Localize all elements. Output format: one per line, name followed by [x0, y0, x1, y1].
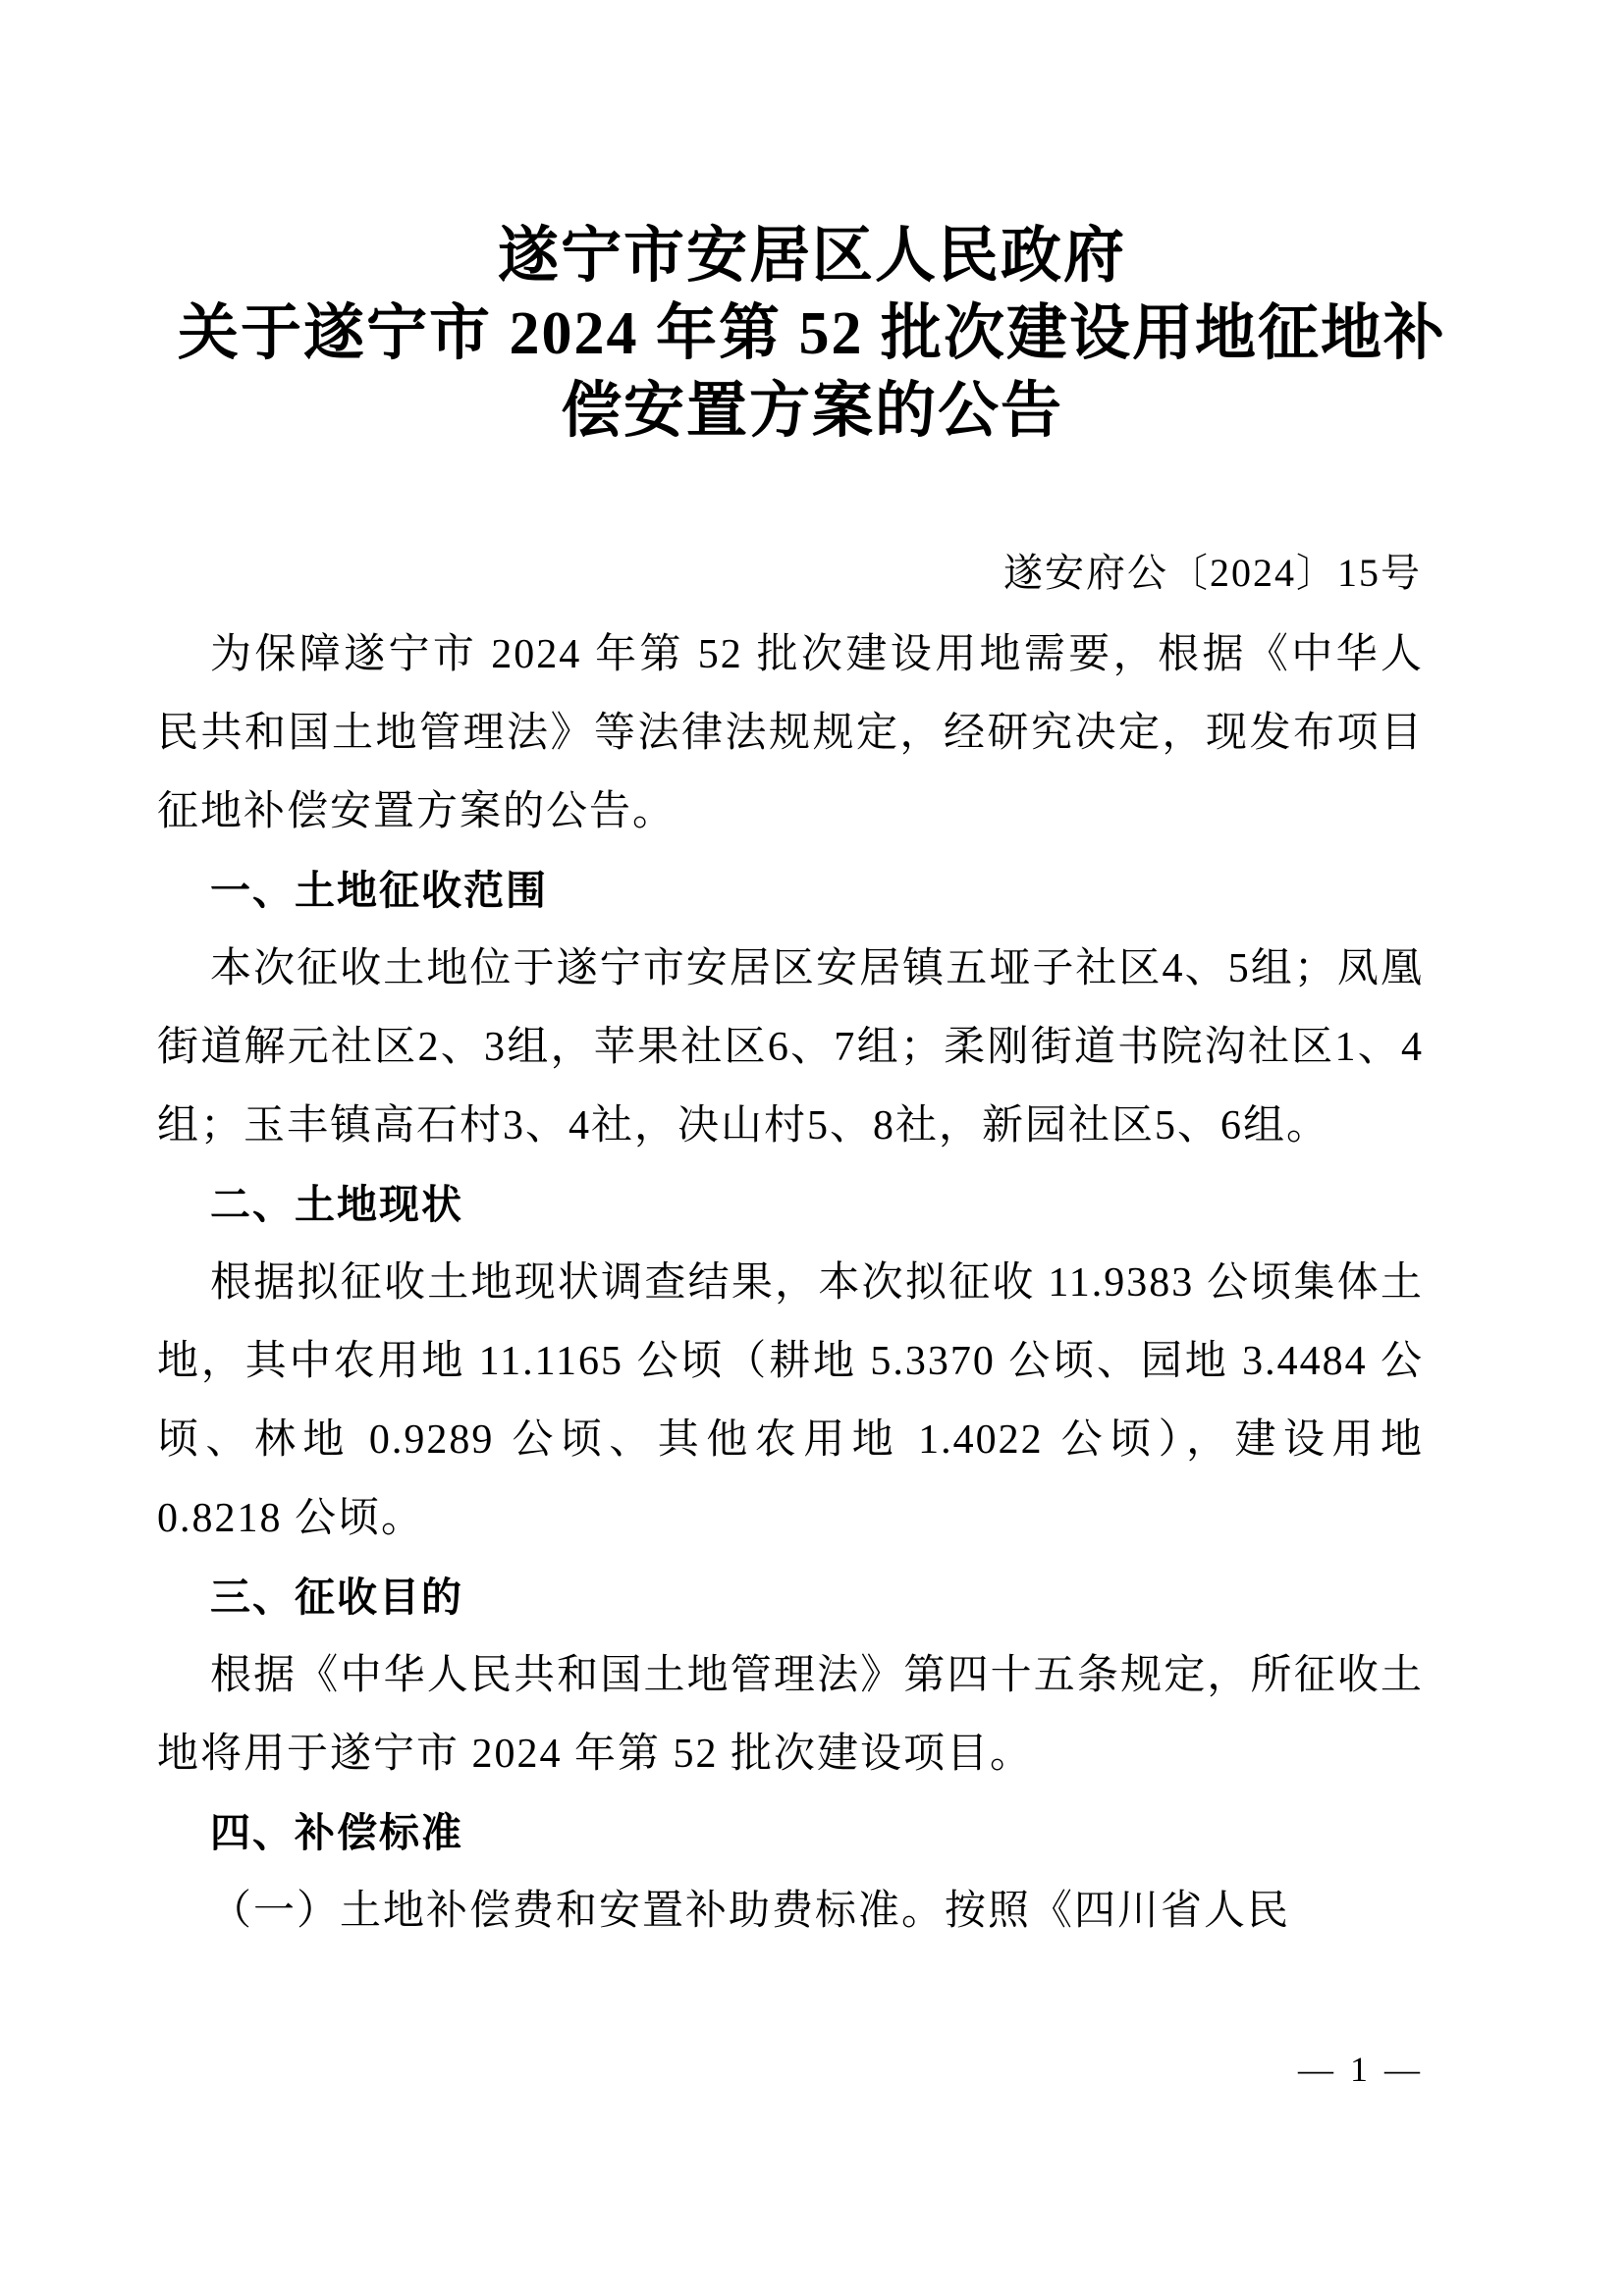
title-line-2: 关于遂宁市 2024 年第 52 批次建设用地征地补 [0, 295, 1624, 373]
intro-paragraph: 为保障遂宁市 2024 年第 52 批次建设用地需要，根据《中华人民共和国土地管… [157, 615, 1424, 851]
section-heading-compensation: 四、补偿标准 [157, 1793, 1424, 1872]
land-status-paragraph: 根据拟征收土地现状调查结果，本次拟征收 11.9383 公顷集体土地，其中农用地… [157, 1244, 1424, 1558]
document-number: 遂安府公〔2024〕15号 [0, 543, 1422, 604]
land-scope-paragraph: 本次征收土地位于遂宁市安居区安居镇五垭子社区4、5组；凤凰街道解元社区2、3组，… [157, 930, 1424, 1165]
purpose-paragraph: 根据《中华人民共和国土地管理法》第四十五条规定，所征收土地将用于遂宁市 2024… [157, 1636, 1424, 1793]
title-line-1: 遂宁市安居区人民政府 [0, 218, 1624, 295]
title-line-3: 偿安置方案的公告 [0, 373, 1624, 451]
document-body: 为保障遂宁市 2024 年第 52 批次建设用地需要，根据《中华人民共和国土地管… [157, 615, 1424, 1950]
document-page: 遂宁市安居区人民政府 关于遂宁市 2024 年第 52 批次建设用地征地补 偿安… [0, 0, 1624, 2296]
compensation-paragraph: （一）土地补偿费和安置补助费标准。按照《四川省人民 [157, 1872, 1424, 1950]
section-heading-purpose: 三、征收目的 [157, 1558, 1424, 1636]
section-heading-land-status: 二、土地现状 [157, 1165, 1424, 1244]
section-heading-land-scope: 一、土地征收范围 [157, 851, 1424, 930]
document-title: 遂宁市安居区人民政府 关于遂宁市 2024 年第 52 批次建设用地征地补 偿安… [0, 0, 1624, 451]
page-number: — 1 — [1298, 2048, 1424, 2091]
